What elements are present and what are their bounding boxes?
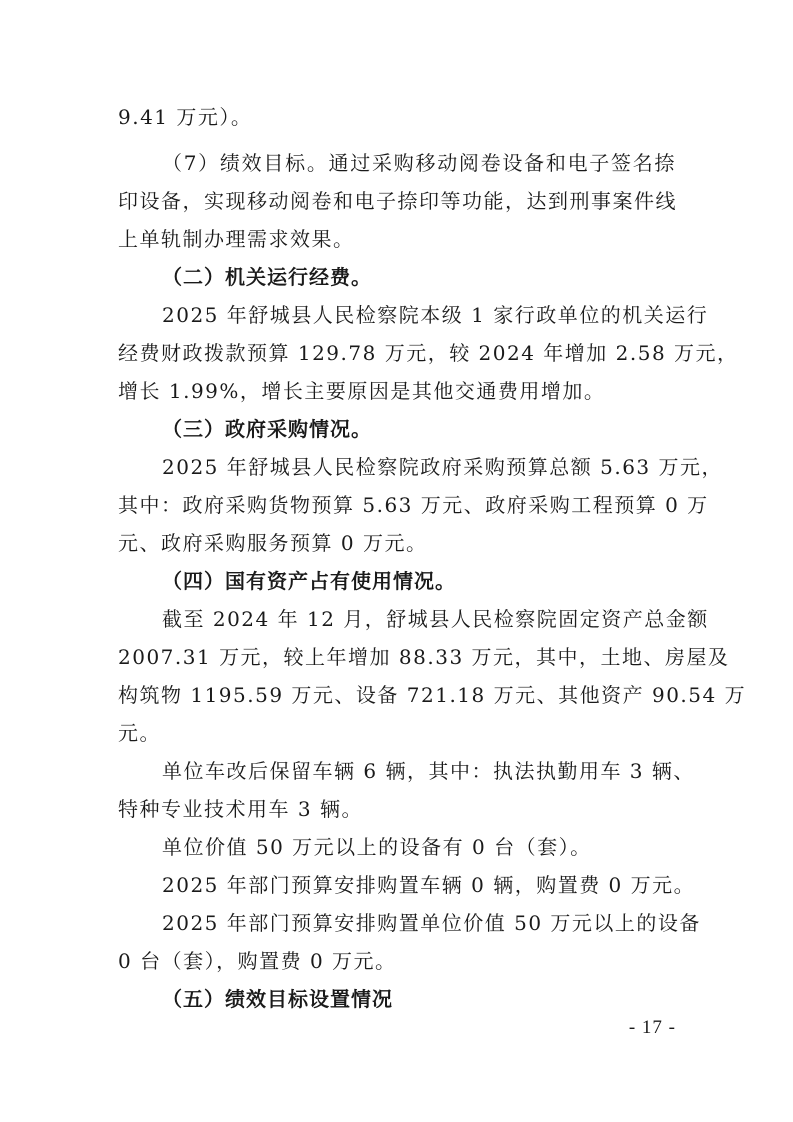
section-heading: （二）机关运行经费。 bbox=[118, 262, 676, 292]
text-line: 2025 年部门预算安排购置车辆 0 辆，购置费 0 万元。 bbox=[118, 870, 676, 900]
text-line: 构筑物 1195.59 万元、设备 721.18 万元、其他资产 90.54 万 bbox=[118, 680, 676, 710]
section-heading: （三）政府采购情况。 bbox=[118, 414, 676, 444]
text-line: 2007.31 万元，较上年增加 88.33 万元，其中，土地、房屋及 bbox=[118, 642, 676, 672]
text-line: 增长 1.99%，增长主要原因是其他交通费用增加。 bbox=[118, 376, 676, 406]
text-line: 2025 年舒城县人民检察院本级 1 家行政单位的机关运行 bbox=[118, 300, 676, 330]
text-line: 其中：政府采购货物预算 5.63 万元、政府采购工程预算 0 万 bbox=[118, 490, 676, 520]
text-line: 0 台（套），购置费 0 万元。 bbox=[118, 946, 676, 976]
page-number: - 17 - bbox=[606, 1017, 676, 1039]
text-line: 单位价值 50 万元以上的设备有 0 台（套）。 bbox=[118, 832, 676, 862]
text-line: 特种专业技术用车 3 辆。 bbox=[118, 794, 676, 824]
text-line: 印设备，实现移动阅卷和电子捺印等功能，达到刑事案件线 bbox=[118, 186, 676, 216]
section-heading: （五）绩效目标设置情况 bbox=[118, 984, 676, 1014]
text-line: 2025 年部门预算安排购置单位价值 50 万元以上的设备 bbox=[118, 908, 676, 938]
text-line: 元。 bbox=[118, 718, 676, 748]
text-line: 9.41 万元）。 bbox=[118, 102, 676, 132]
text-line: 2025 年舒城县人民检察院政府采购预算总额 5.63 万元， bbox=[118, 452, 676, 482]
text-line: 经费财政拨款预算 129.78 万元，较 2024 年增加 2.58 万元， bbox=[118, 338, 676, 368]
text-line: 单位车改后保留车辆 6 辆，其中：执法执勤用车 3 辆、 bbox=[118, 756, 676, 786]
text-line: 上单轨制办理需求效果。 bbox=[118, 224, 676, 254]
text-line: 元、政府采购服务预算 0 万元。 bbox=[118, 528, 676, 558]
text-line: 截至 2024 年 12 月，舒城县人民检察院固定资产总金额 bbox=[118, 604, 676, 634]
text-line: （7）绩效目标。通过采购移动阅卷设备和电子签名捺 bbox=[118, 148, 676, 178]
section-heading: （四）国有资产占有使用情况。 bbox=[118, 566, 676, 596]
